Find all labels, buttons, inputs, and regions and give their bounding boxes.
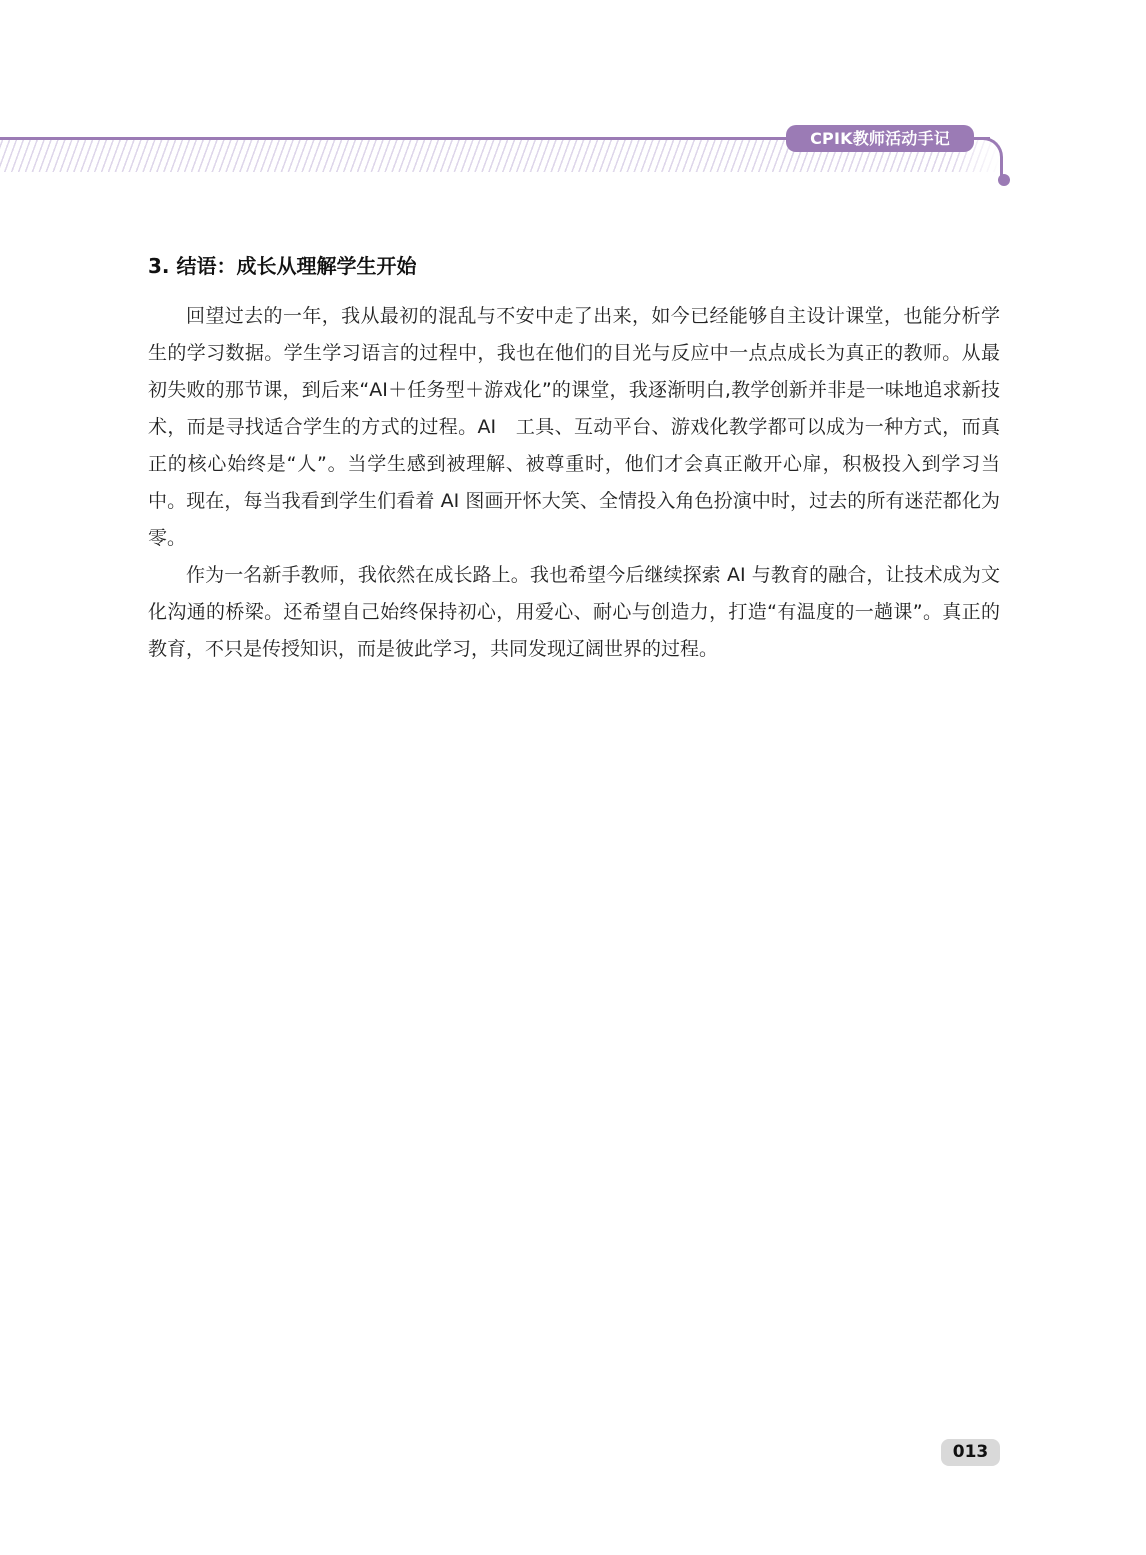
page-number-badge: 013	[941, 1439, 1000, 1466]
paragraph: 回望过去的一年，我从最初的混乱与不安中走了出来，如今已经能够自主设计课堂，也能分…	[148, 298, 1000, 557]
section-body: 回望过去的一年，我从最初的混乱与不安中走了出来，如今已经能够自主设计课堂，也能分…	[148, 298, 1000, 668]
paragraph: 作为一名新手教师，我依然在成长路上。我也希望今后继续探索 AI 与教育的融合，让…	[148, 557, 1000, 668]
section-title: 3. 结语：成长从理解学生开始	[148, 251, 416, 281]
header-dot-decoration	[998, 174, 1010, 186]
running-header-badge: CPIK教师活动手记	[786, 125, 974, 152]
